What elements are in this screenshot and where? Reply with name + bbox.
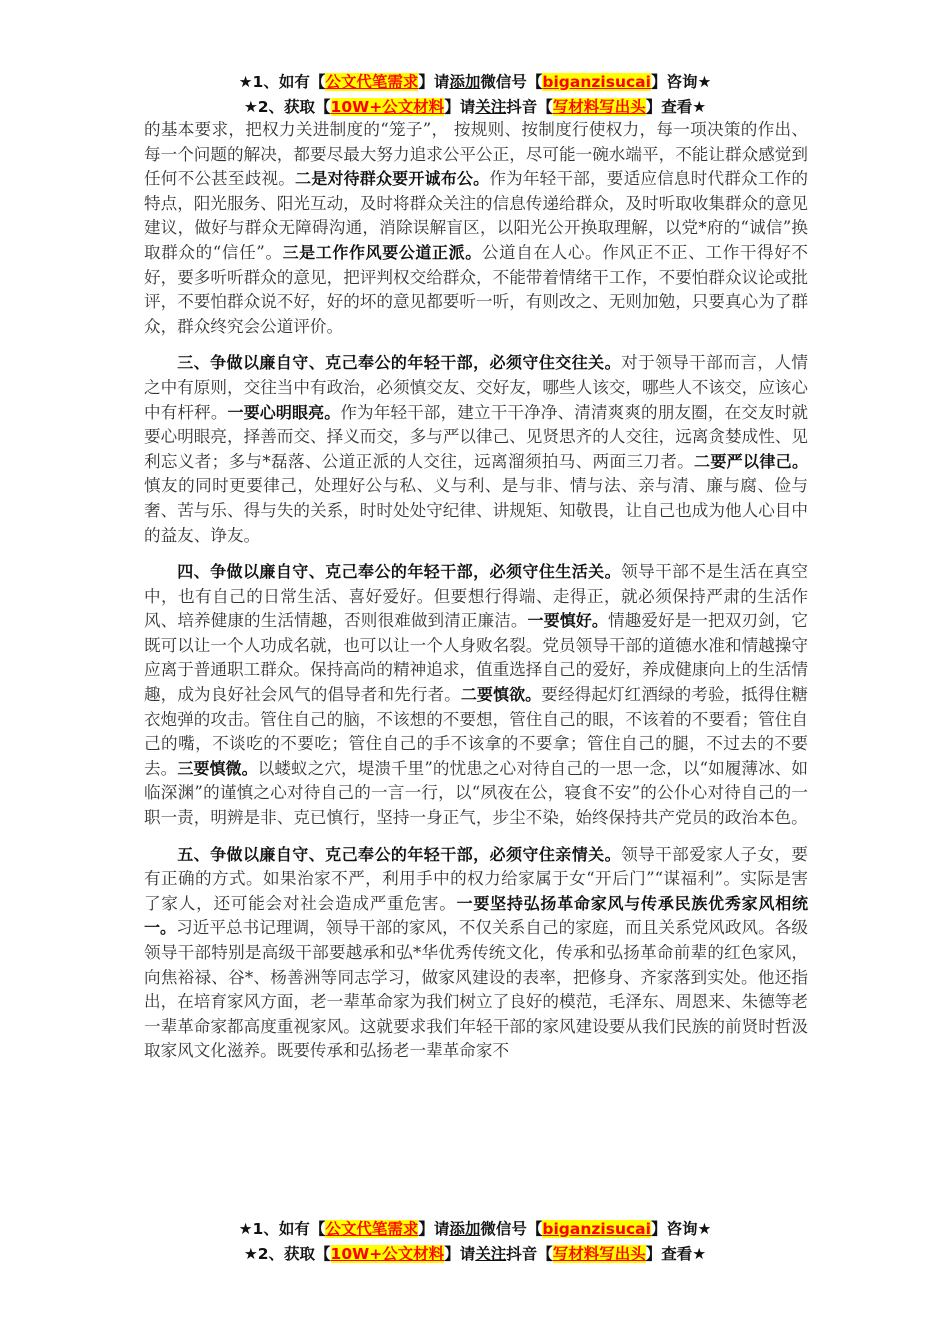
promo-header: ★1、如有【公文代笔需求】请添加微信号【biganzisucai】咨询★ ★2、…: [0, 70, 950, 120]
promo-text: 】请: [444, 1245, 475, 1263]
paragraph-section-3: 三、争做以廉自守、克己奉公的年轻干部，必须守住交往关。对于领导干部而言，人情之中…: [144, 351, 808, 548]
bold-point: 一要慎好。: [528, 611, 608, 630]
promo-highlight: 公文代笔需求: [325, 1220, 418, 1238]
promo-douyin-id: 写材料写出头: [553, 1245, 646, 1263]
promo-text: 微信号【: [480, 73, 542, 91]
promo-text: 抖音【: [506, 1245, 553, 1263]
promo-text: 】请: [418, 73, 449, 91]
promo-underlined: 关注: [475, 98, 506, 116]
promo-text: ★2、获取【: [244, 1245, 331, 1263]
promo-highlight: 10W+公文材料: [331, 98, 445, 116]
bold-point: 二要慎欲。: [461, 685, 541, 704]
bold-point: 三是工作作风要公道正派。: [283, 243, 482, 262]
promo-footer: ★1、如有【公文代笔需求】请添加微信号【biganzisucai】咨询★ ★2、…: [0, 1217, 950, 1267]
promo-line-2: ★2、获取【10W+公文材料】请关注抖音【写材料写出头】查看★: [0, 1242, 950, 1267]
paragraph-text: 慎友的同时更要律己，处理好公与私、义与利、是与非、情与法、亲与清、廉与腐、俭与奢…: [144, 476, 808, 544]
promo-text: 】查看★: [646, 1245, 706, 1263]
section-heading: 三、争做以廉自守、克己奉公的年轻干部，必须守住交往关。: [177, 353, 621, 372]
promo-wechat-id: biganzisucai: [542, 73, 651, 91]
promo-line-1: ★1、如有【公文代笔需求】请添加微信号【biganzisucai】咨询★: [0, 1217, 950, 1242]
promo-highlight: 10W+公文材料: [331, 1245, 445, 1263]
paragraph-continued: 的基本要求，把权力关进制度的“笼子”， 按规则、按制度行使权力，每一项决策的作出…: [144, 118, 808, 339]
promo-underlined: 添加: [449, 1220, 480, 1238]
document-body: 的基本要求，把权力关进制度的“笼子”， 按规则、按制度行使权力，每一项决策的作出…: [144, 118, 808, 1076]
document-page: ★1、如有【公文代笔需求】请添加微信号【biganzisucai】咨询★ ★2、…: [0, 0, 950, 1344]
promo-highlight: 公文代笔需求: [325, 73, 418, 91]
bold-point: 二是对待群众要开诚布公。: [295, 169, 489, 188]
paragraph-text: 习近平总书记理调，领导干部的家风，不仅关系自己的家庭，而且关系党风政风。各级领导…: [144, 918, 808, 1060]
promo-text: 抖音【: [506, 98, 553, 116]
promo-line-2: ★2、获取【10W+公文材料】请关注抖音【写材料写出头】查看★: [0, 95, 950, 120]
promo-text: 】咨询★: [651, 73, 711, 91]
paragraph-section-4: 四、争做以廉自守、克己奉公的年轻干部，必须守住生活关。领导干部不是生活在真空中，…: [144, 560, 808, 831]
bold-point: 三要慎微。: [177, 759, 257, 778]
promo-text: 微信号【: [480, 1220, 542, 1238]
section-heading: 四、争做以廉自守、克己奉公的年轻干部，必须守住生活关。: [177, 562, 621, 581]
promo-text: ★2、获取【: [244, 98, 331, 116]
promo-text: 】咨询★: [651, 1220, 711, 1238]
promo-text: 】查看★: [646, 98, 706, 116]
promo-underlined: 关注: [475, 1245, 506, 1263]
promo-text: ★1、如有【: [239, 1220, 326, 1238]
bold-point: 一要心明眼亮。: [228, 403, 341, 422]
promo-douyin-id: 写材料写出头: [553, 98, 646, 116]
promo-text: 】请: [444, 98, 475, 116]
bold-point: 二要严以律己。: [694, 452, 808, 471]
paragraph-section-5: 五、争做以廉自守、克己奉公的年轻干部，必须守住亲情关。领导干部爱家人子女，要有正…: [144, 843, 808, 1064]
promo-text: 】请: [418, 1220, 449, 1238]
section-heading: 五、争做以廉自守、克己奉公的年轻干部，必须守住亲情关。: [177, 845, 621, 864]
promo-text: ★1、如有【: [239, 73, 326, 91]
promo-wechat-id: biganzisucai: [542, 1220, 651, 1238]
promo-underlined: 添加: [449, 73, 480, 91]
promo-line-1: ★1、如有【公文代笔需求】请添加微信号【biganzisucai】咨询★: [0, 70, 950, 95]
